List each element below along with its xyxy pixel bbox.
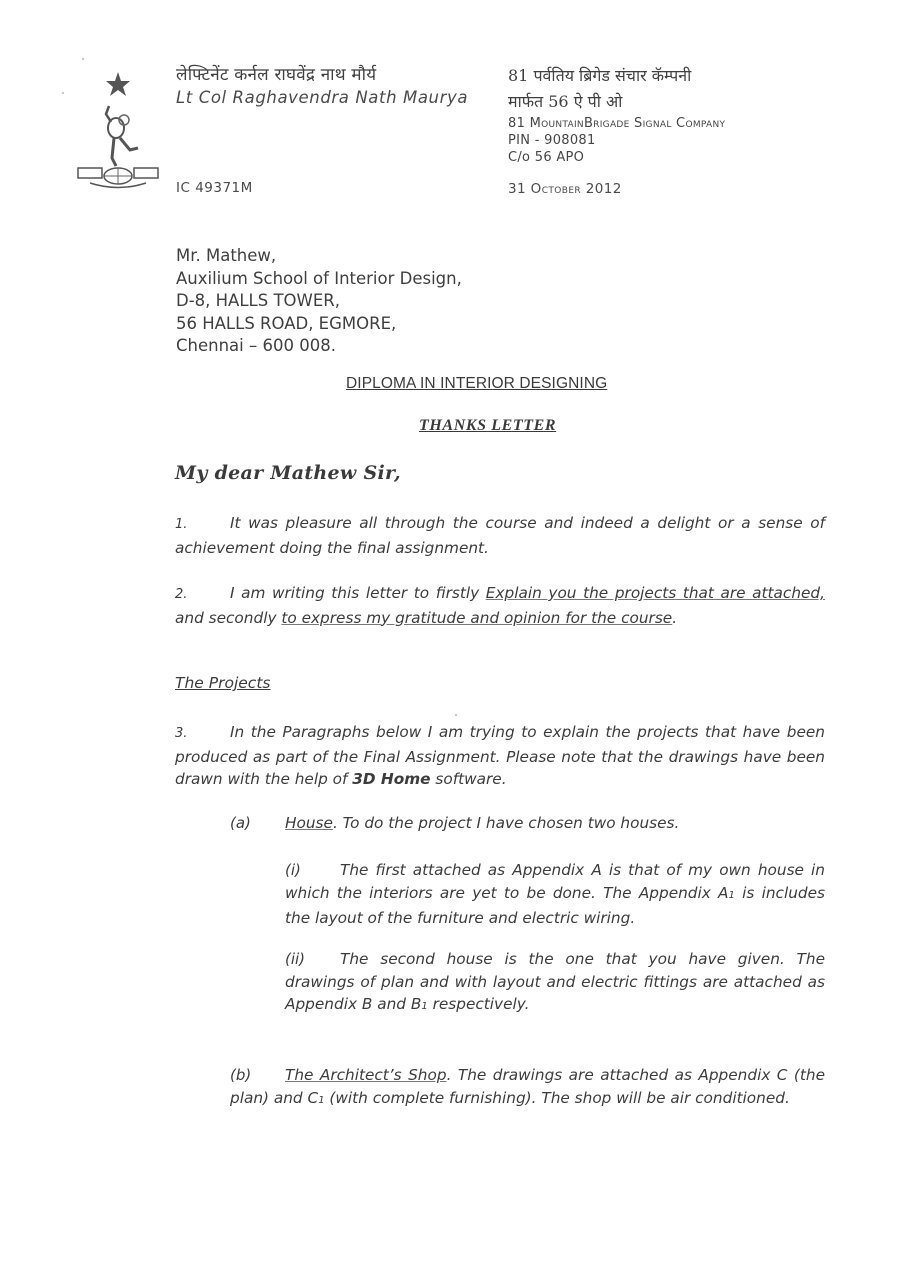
unit-pin: PIN - 908081 [508, 132, 725, 149]
letter-type-heading: THANKS LETTER [419, 417, 556, 435]
officer-name-hindi: लेफ्टिनेंट कर्नल राघवेंद्र नाथ मौर्य [176, 62, 376, 85]
paragraph-3a-ii: (ii)The second house is the one that you… [285, 948, 825, 1019]
unit-address-english: 81 MountainBrigade Signal Company PIN - … [508, 115, 725, 166]
corps-emblem [76, 70, 160, 190]
paragraph-3a-i: (i)The first attached as Appendix A is t… [285, 859, 825, 930]
paragraph-1: 1.It was pleasure all through the course… [175, 512, 825, 559]
paragraph-number: (a) [230, 812, 285, 835]
recipient-line: Chennai – 600 008. [176, 335, 462, 358]
underlined-phrase: Explain you the projects that are attach… [486, 584, 825, 602]
section-title: The Projects [175, 674, 270, 692]
underlined-phrase: The Architect’s Shop [285, 1066, 447, 1084]
course-heading: DIPLOMA IN INTERIOR DESIGNING [346, 375, 607, 393]
underlined-phrase: House [285, 814, 333, 832]
paragraph-number: 2. [175, 584, 230, 607]
paragraph-number: 1. [175, 514, 230, 537]
unit-name-english: 81 MountainBrigade Signal Company [508, 115, 725, 132]
unit-name-hindi: 81 पर्वतिय ब्रिगेड संचार कॅम्पनी [508, 64, 691, 86]
paragraph-number: 3. [175, 723, 230, 746]
corps-of-signals-emblem-icon [76, 70, 160, 190]
paragraph-2: 2.I am writing this letter to firstly Ex… [175, 582, 825, 629]
scan-speck [62, 92, 64, 94]
paragraph-3: 3.In the Paragraphs below I am trying to… [175, 721, 825, 791]
paragraph-3a: (a)House. To do the project I have chose… [230, 812, 825, 835]
paragraph-number: (b) [230, 1064, 285, 1087]
recipient-line: Auxilium School of Interior Design, [176, 268, 462, 291]
salutation: My dear Mathew Sir, [175, 462, 401, 484]
unit-apo: C/o 56 APO [508, 149, 725, 166]
paragraph-3b: (b)The Architect’s Shop. The drawings ar… [230, 1064, 825, 1112]
letter-date: 31 October 2012 [508, 181, 622, 197]
underlined-phrase: to express my gratitude and opinion for … [281, 609, 672, 627]
scan-speck [82, 58, 84, 60]
scan-speck [455, 714, 457, 716]
recipient-line: 56 HALLS ROAD, EGMORE, [176, 313, 462, 336]
paragraph-number: (ii) [285, 948, 340, 971]
recipient-line: D-8, HALLS TOWER, [176, 290, 462, 313]
unit-apo-hindi: मार्फत 56 ऐ पी ओ [508, 90, 622, 112]
paragraph-number: (i) [285, 859, 340, 882]
ic-number: IC 49371M [176, 180, 253, 196]
recipient-address: Mr. Mathew, Auxilium School of Interior … [176, 245, 462, 358]
recipient-line: Mr. Mathew, [176, 245, 462, 268]
officer-name-english: Lt Col Raghavendra Nath Maurya [176, 88, 468, 107]
